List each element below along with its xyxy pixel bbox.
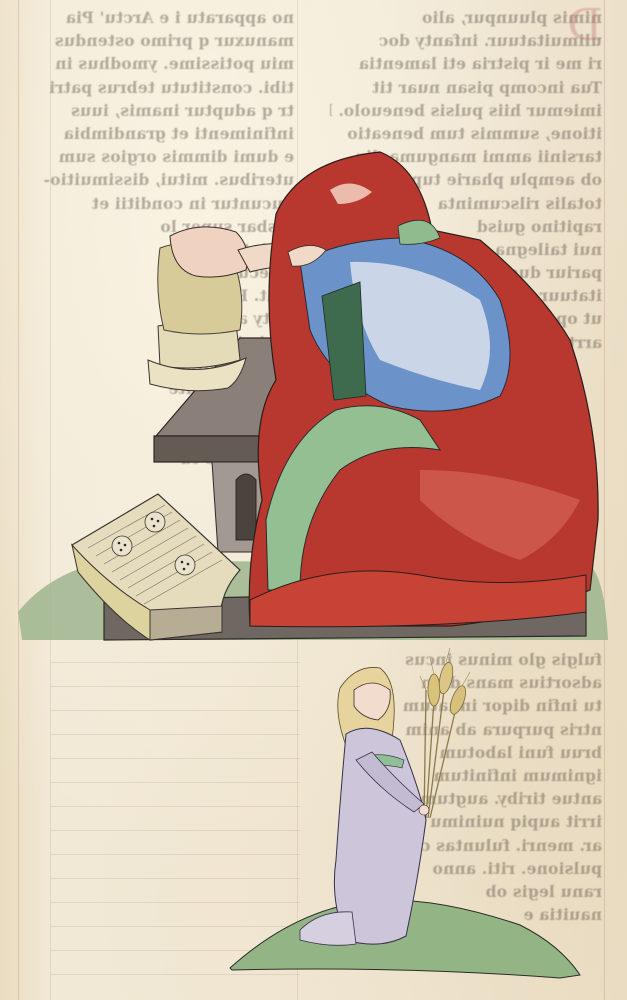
kneeling-maiden-illustration xyxy=(0,0,627,1000)
manuscript-page: no apparatu i e Arctu' Pia manuxur q pri… xyxy=(0,0,627,1000)
